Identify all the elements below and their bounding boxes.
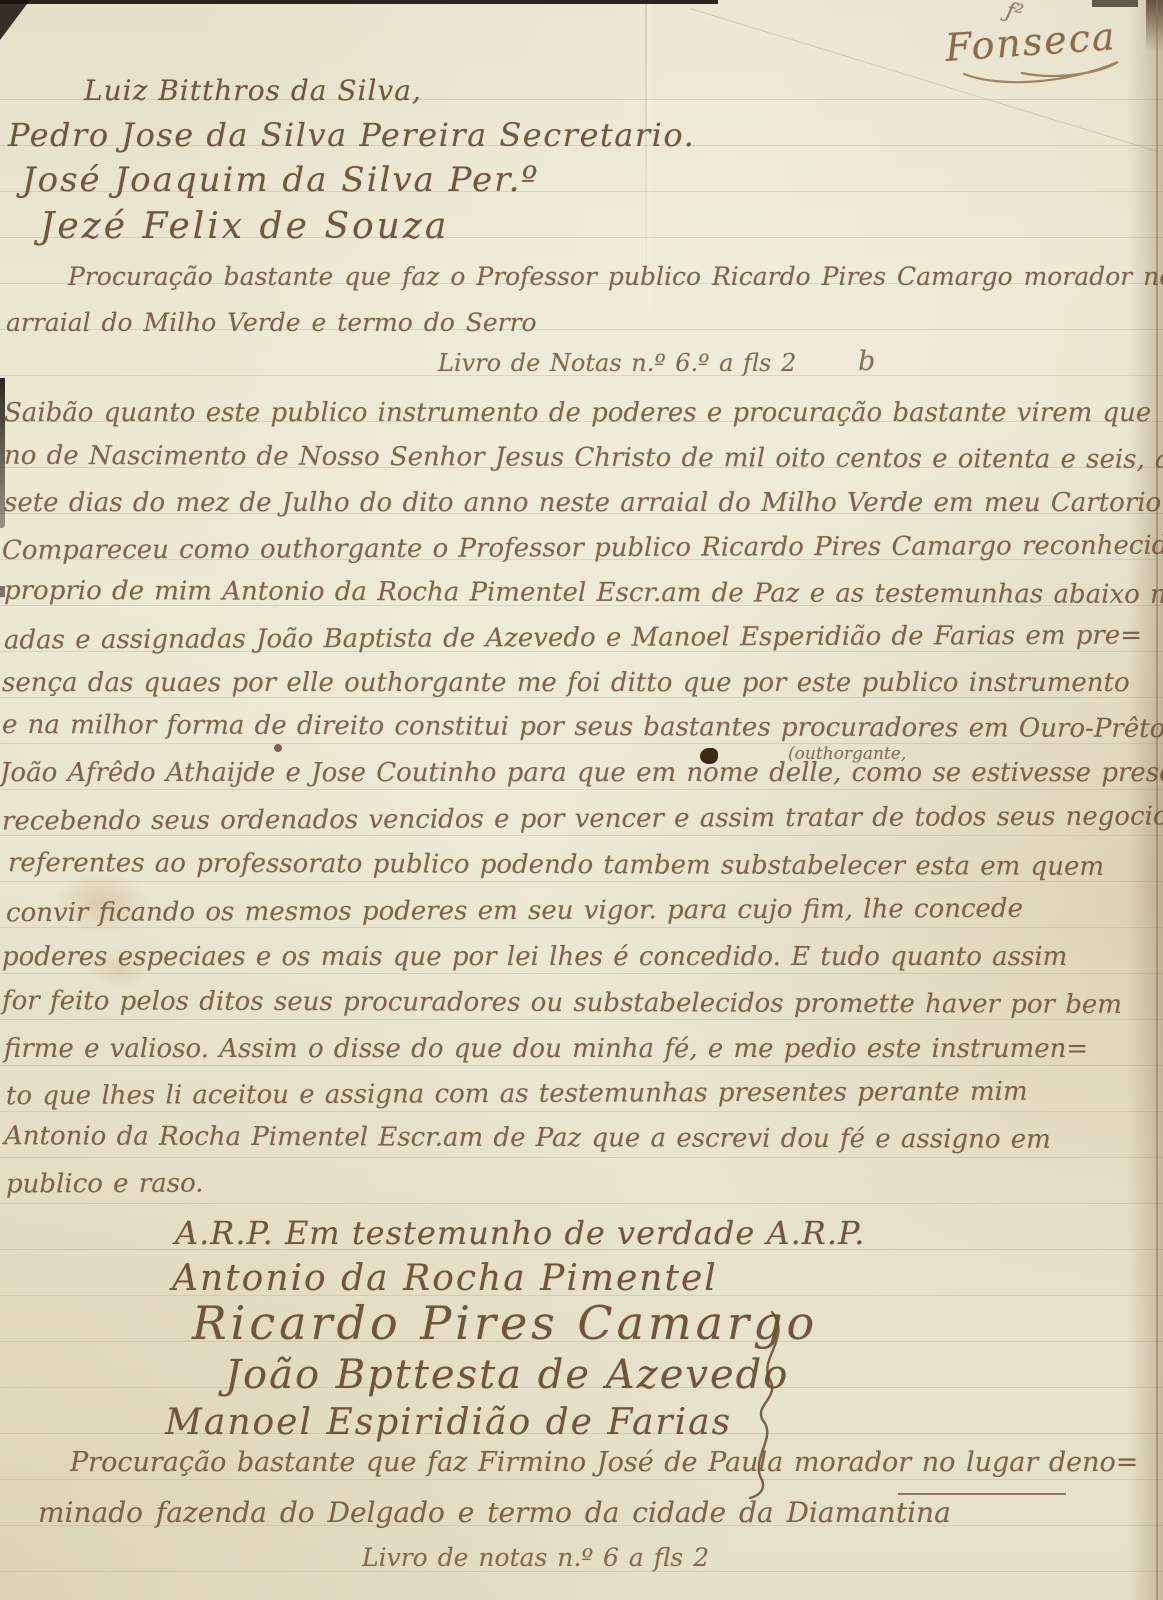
body-line: João Afrêdo Athaijde e Jose Coutinho par… (0, 758, 1163, 788)
body-line: sete dias do mez de Julho do dito anno n… (4, 488, 1161, 518)
closing-line: minado fazenda do Delgado e termo da cid… (38, 1496, 951, 1529)
top-signature: Pedro Jose da Silva Pereira Secretario. (8, 116, 695, 154)
attestation-line: A.R.P. Em testemunho de verdade A.R.P. (175, 1214, 865, 1252)
interlinear-note: (outhorgante, (788, 744, 906, 764)
cover-name-flourish (960, 58, 1135, 84)
body-line: proprio de mim Antonio da Rocha Pimentel… (4, 576, 1163, 610)
body-line: convir ficando os mesmos poderes em seu … (6, 894, 1023, 928)
page-edge-top (0, 0, 718, 4)
closing-book-reference: Livro de notas n.º 6 a fls 2 (362, 1543, 709, 1572)
page-edge-top-corner (0, 0, 30, 40)
book-reference-mark: b (858, 346, 875, 377)
body-line: no de Nascimento de Nosso Senhor Jesus C… (4, 441, 1163, 475)
ink-blot-small (274, 744, 282, 752)
signature: Antonio da Rocha Pimentel (172, 1258, 718, 1299)
page-edge-right (1127, 0, 1163, 1600)
page-edge-right-line (1156, 0, 1158, 1600)
top-signature: José Joaquim da Silva Per.º (22, 160, 539, 200)
body-line: firme e valioso. Assim o disse do que do… (4, 1034, 1088, 1064)
intro-line: Procuração bastante que faz o Professor … (68, 262, 1163, 291)
intro-line: arraial do Milho Verde e termo do Serro (6, 308, 537, 337)
signature: Manoel Espiridião de Farias (165, 1402, 732, 1443)
top-signature: Luiz Bitthros da Silva, (84, 74, 422, 107)
body-line: to que lhes li aceitou e assigna com as … (6, 1077, 1028, 1111)
body-line: for feito pelos ditos seus procuradores … (2, 986, 1122, 1020)
body-line: sença das quaes por elle outhorgante me … (2, 668, 1130, 698)
book-reference: Livro de Notas n.º 6.º a fls 2 (438, 349, 796, 377)
page-edge-top-right (1092, 0, 1138, 7)
body-line: adas e assignadas João Baptista de Azeve… (4, 621, 1142, 656)
body-line: e na milhor forma de direito constitui p… (2, 710, 1163, 744)
manuscript-page: ƒ² Fonseca Luiz Bitthros da Silva, Pedro… (0, 0, 1163, 1600)
body-line: poderes especiaes e os mais que por lei … (2, 942, 1067, 972)
body-line: Compareceu como outhorgante o Professor … (2, 530, 1163, 565)
body-line: Saibão quanto este publico instrumento d… (4, 398, 1163, 428)
diamantina-overline (898, 1493, 1066, 1495)
body-line: referentes ao professorato publico poden… (8, 848, 1104, 882)
closing-line: Procuração bastante que faz Firmino José… (70, 1447, 1138, 1478)
body-line: recebendo seus ordenados vencidos e por … (2, 801, 1163, 836)
body-line: Antonio da Rocha Pimentel Escr.am de Paz… (4, 1121, 1051, 1155)
top-signature: Jezé Felix de Souza (40, 206, 449, 247)
body-line: publico e raso. (6, 1169, 204, 1200)
page-edge-right-corner (1146, 0, 1163, 52)
